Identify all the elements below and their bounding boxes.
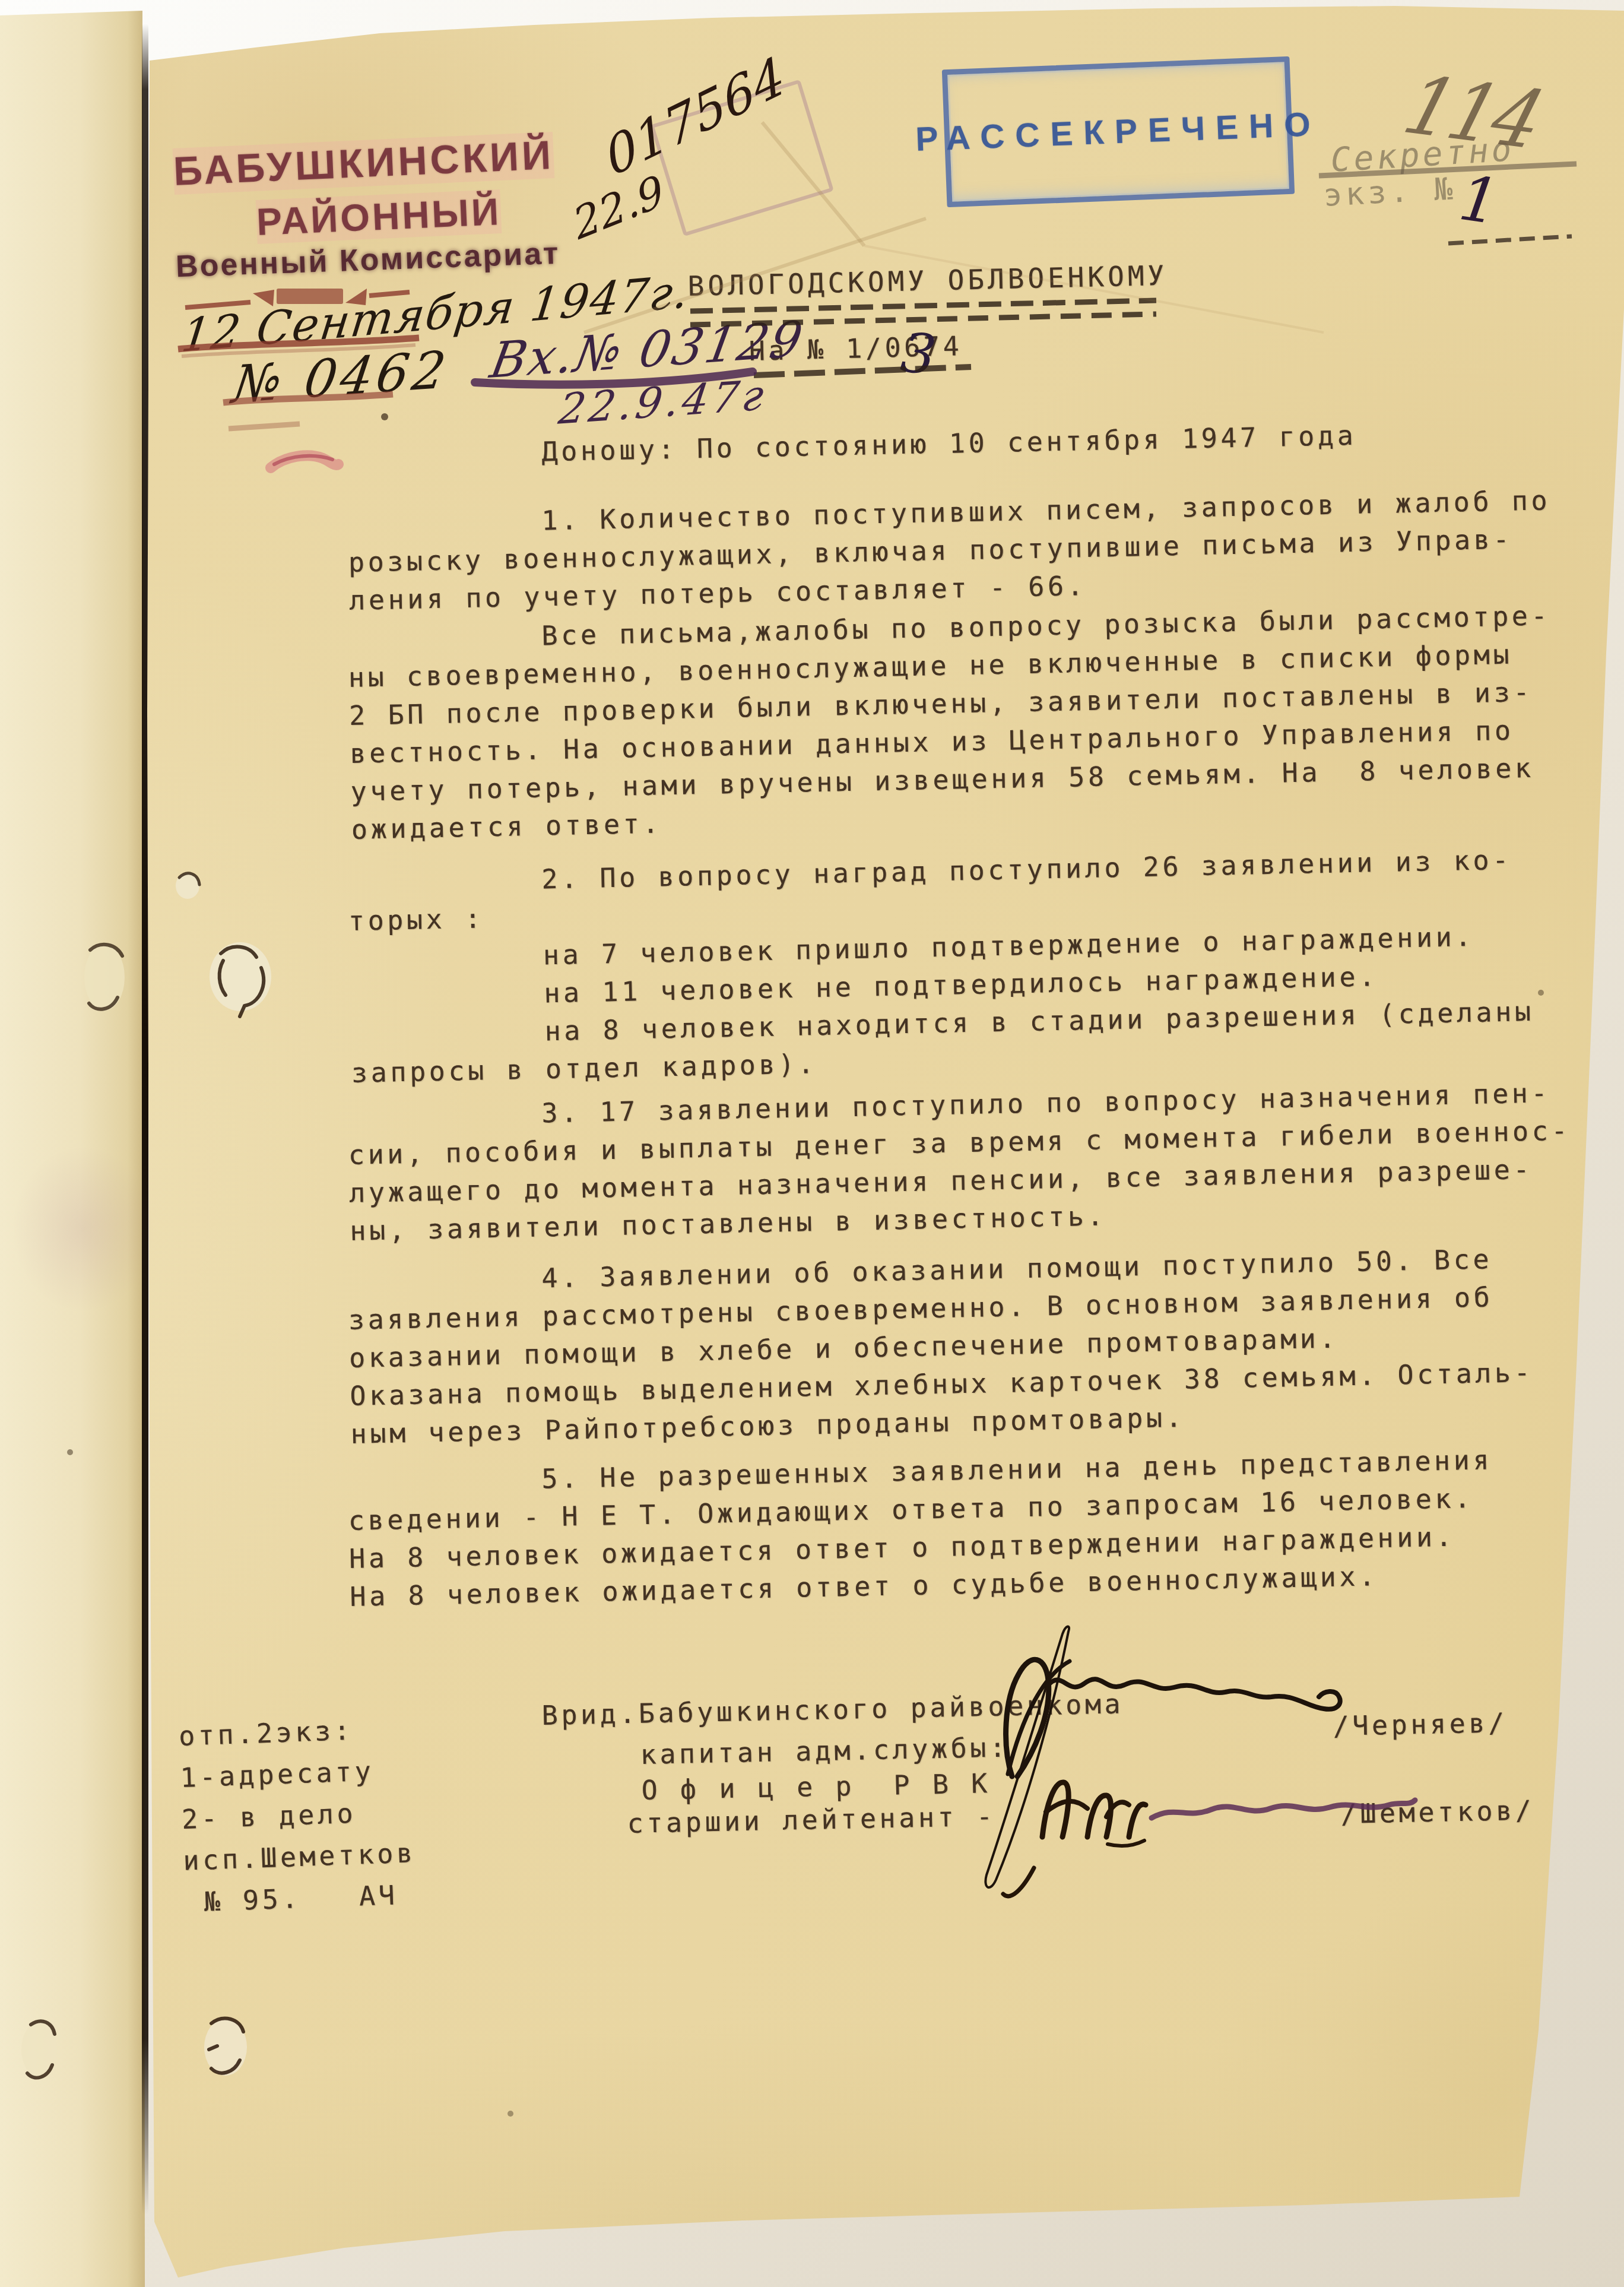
declassified-stamp-text: РАССЕКРЕЧЕНО	[915, 104, 1322, 159]
paragraph-5: 4. Заявлении об оказании помощи поступил…	[347, 1240, 1534, 1453]
signatory1-name: /Черняев/	[1333, 1704, 1508, 1746]
paragraph-2: Все письма,жалобы по вопросу розыска был…	[347, 597, 1555, 849]
previous-page-edge	[0, 0, 145, 2287]
scanned-document: БАБУШКИНСКИЙ РАЙОННЫЙ Военный Комиссариа…	[0, 0, 1624, 2287]
reference-handwritten-mark: 3	[898, 321, 939, 388]
paragraph-6: 5. Не разрешенных заявлении на день пред…	[347, 1441, 1495, 1616]
paragraph-4: 3. 17 заявлении поступило по вопросу наз…	[347, 1074, 1572, 1250]
ink-ghost-stain	[12, 1146, 154, 1312]
signatory2-name: /Шеметков/	[1340, 1791, 1535, 1833]
signatory2-role-line2: старшии лейтенант -	[627, 1798, 996, 1843]
paragraph-3: 2. По вопросу наград поступило 26 заявле…	[347, 841, 1536, 1092]
paragraph-1: 1. Количество поступивших писем, запросо…	[347, 482, 1552, 620]
declassified-stamp: РАССЕКРЕЧЕНО	[942, 56, 1295, 207]
copy-label: экз. №	[1322, 171, 1457, 214]
binding-gap	[142, 24, 148, 2215]
copies-distribution-block: отп.2экз: 1-адресату 2- в дело исп.Шемет…	[178, 1708, 418, 1923]
